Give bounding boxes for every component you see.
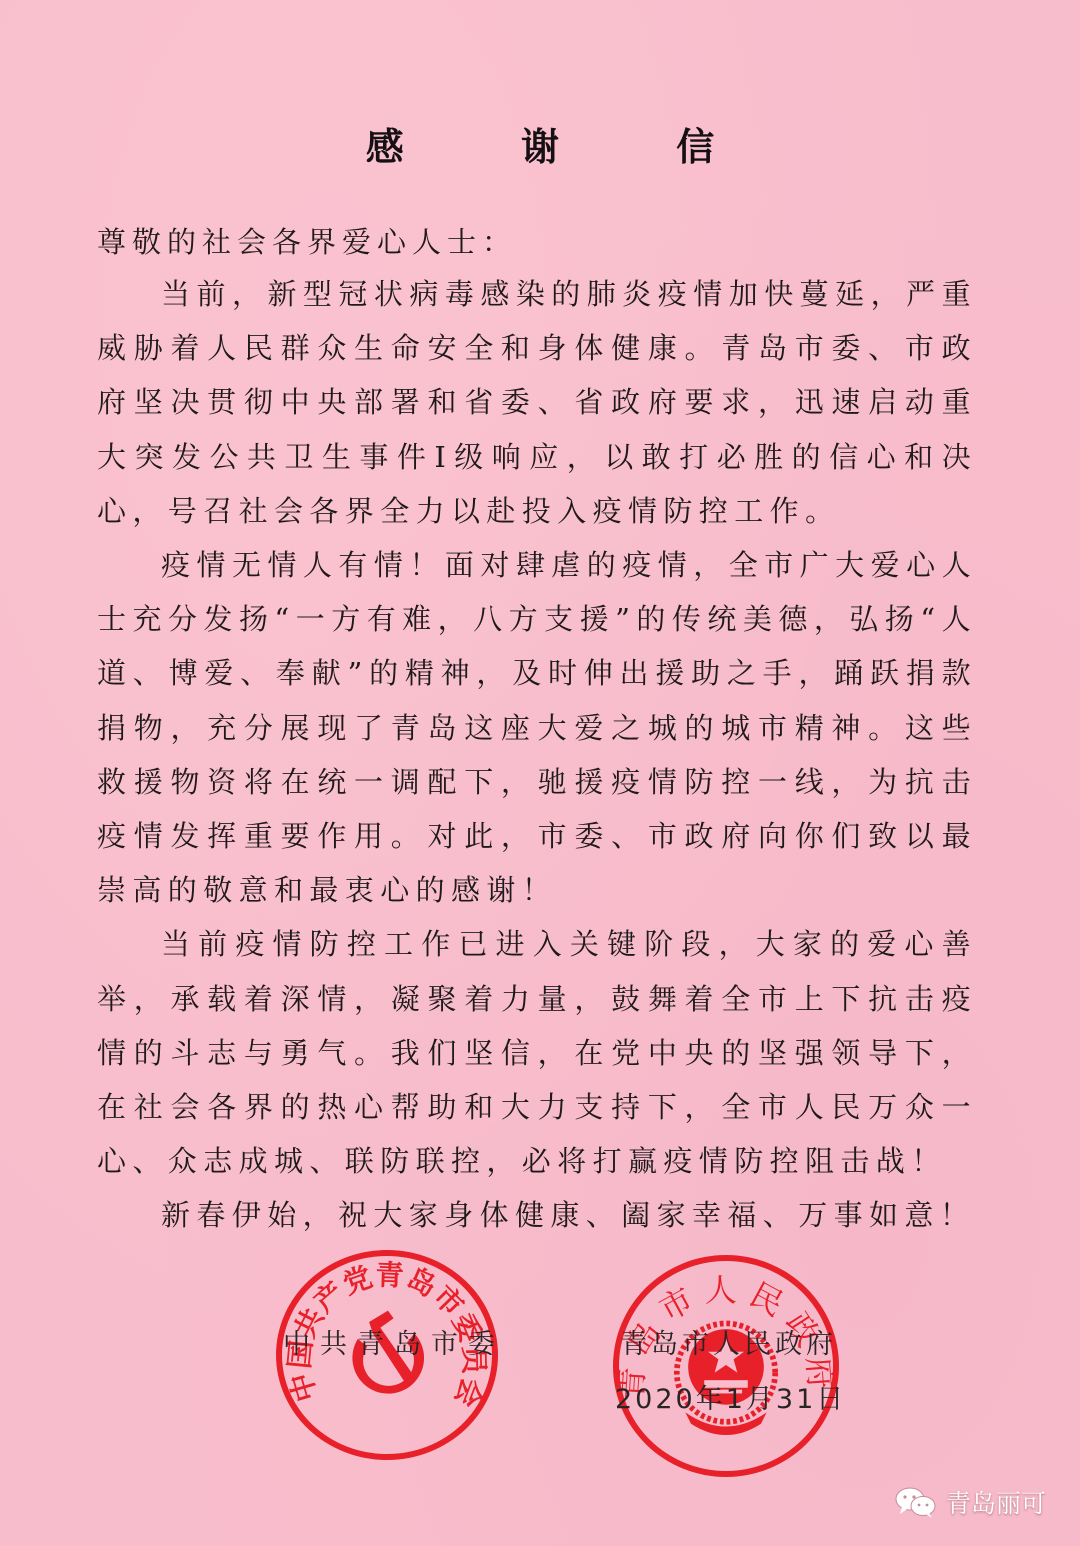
letter-body: 当前，新型冠状病毒感染的肺炎疫情加快蔓延，严重威胁着人民群众生命安全和身体健康。…: [97, 267, 977, 1243]
salutation: 尊敬的社会各界爱心人士：: [97, 220, 517, 261]
paragraph-1: 当前，新型冠状病毒感染的肺炎疫情加快蔓延，严重威胁着人民群众生命安全和身体健康。…: [97, 267, 977, 538]
source-watermark: 青岛丽可: [894, 1484, 1046, 1520]
signature-government: 青岛市人民政府: [620, 1322, 837, 1361]
signature-party-committee: 中共青岛市委: [283, 1322, 505, 1361]
paragraph-4: 新春伊始，祝大家身体健康、阖家幸福、万事如意！: [97, 1188, 977, 1242]
letter-date: 2020年1月31日: [615, 1377, 846, 1416]
wechat-icon: [894, 1485, 938, 1519]
watermark-label: 青岛丽可: [946, 1484, 1046, 1520]
paragraph-2: 疫情无情人有情！面对肆虐的疫情，全市广大爱心人士充分发扬“一方有难，八方支援”的…: [97, 538, 977, 917]
government-seal: 青岛市人民政府: [613, 1255, 839, 1477]
letter-title: 感 谢 信: [0, 116, 1080, 171]
paragraph-3: 当前疫情防控工作已进入关键阶段，大家的爱心善举，承载着深情，凝聚着力量，鼓舞着全…: [97, 917, 977, 1188]
letter-page: 感 谢 信 尊敬的社会各界爱心人士： 当前，新型冠状病毒感染的肺炎疫情加快蔓延，…: [0, 0, 1080, 1546]
national-emblem-icon: 青岛市人民政府: [619, 1261, 833, 1471]
